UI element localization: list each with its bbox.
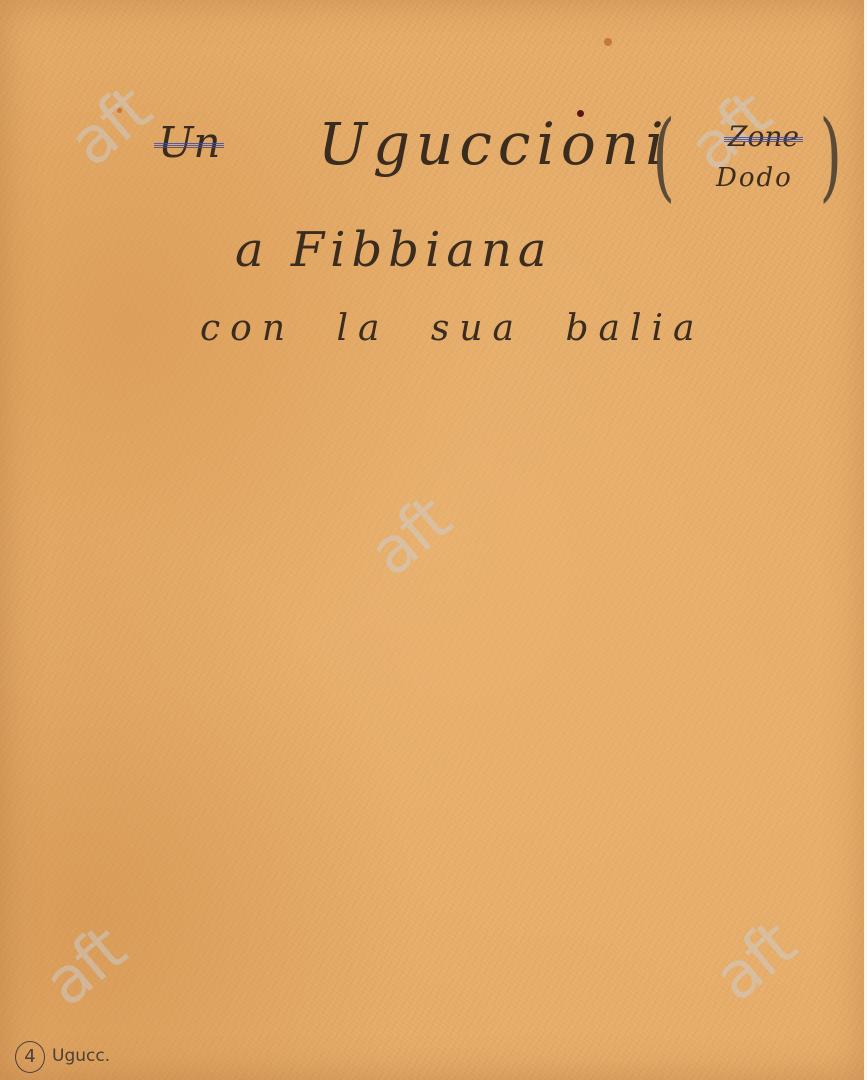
paren-open: ( (652, 100, 674, 212)
caption-balia: con la sua balia (200, 308, 704, 349)
paren-close: ) (819, 100, 841, 212)
aside-correction-dodo: Dodo (716, 163, 793, 193)
struck-word-aside: Zone (728, 120, 799, 153)
watermark-center: aft (356, 483, 465, 591)
watermark-top-left: aft (56, 73, 165, 181)
paper-stain (604, 38, 612, 46)
paper-stain (117, 108, 122, 113)
document-sheet: aft aft aft aft aft Un Uguccioni ( Zone … (0, 0, 867, 1080)
circled-number: 4 (15, 1041, 45, 1073)
watermark-bottom-left: aft (31, 913, 140, 1021)
heading-uguccioni: Uguccioni (318, 110, 670, 178)
subheading-fibbiana: a Fibbiana (235, 222, 552, 278)
watermark-bottom-right: aft (701, 908, 810, 1016)
footer-note: Ugucc. (52, 1046, 110, 1066)
struck-word-un: Un (158, 118, 220, 167)
